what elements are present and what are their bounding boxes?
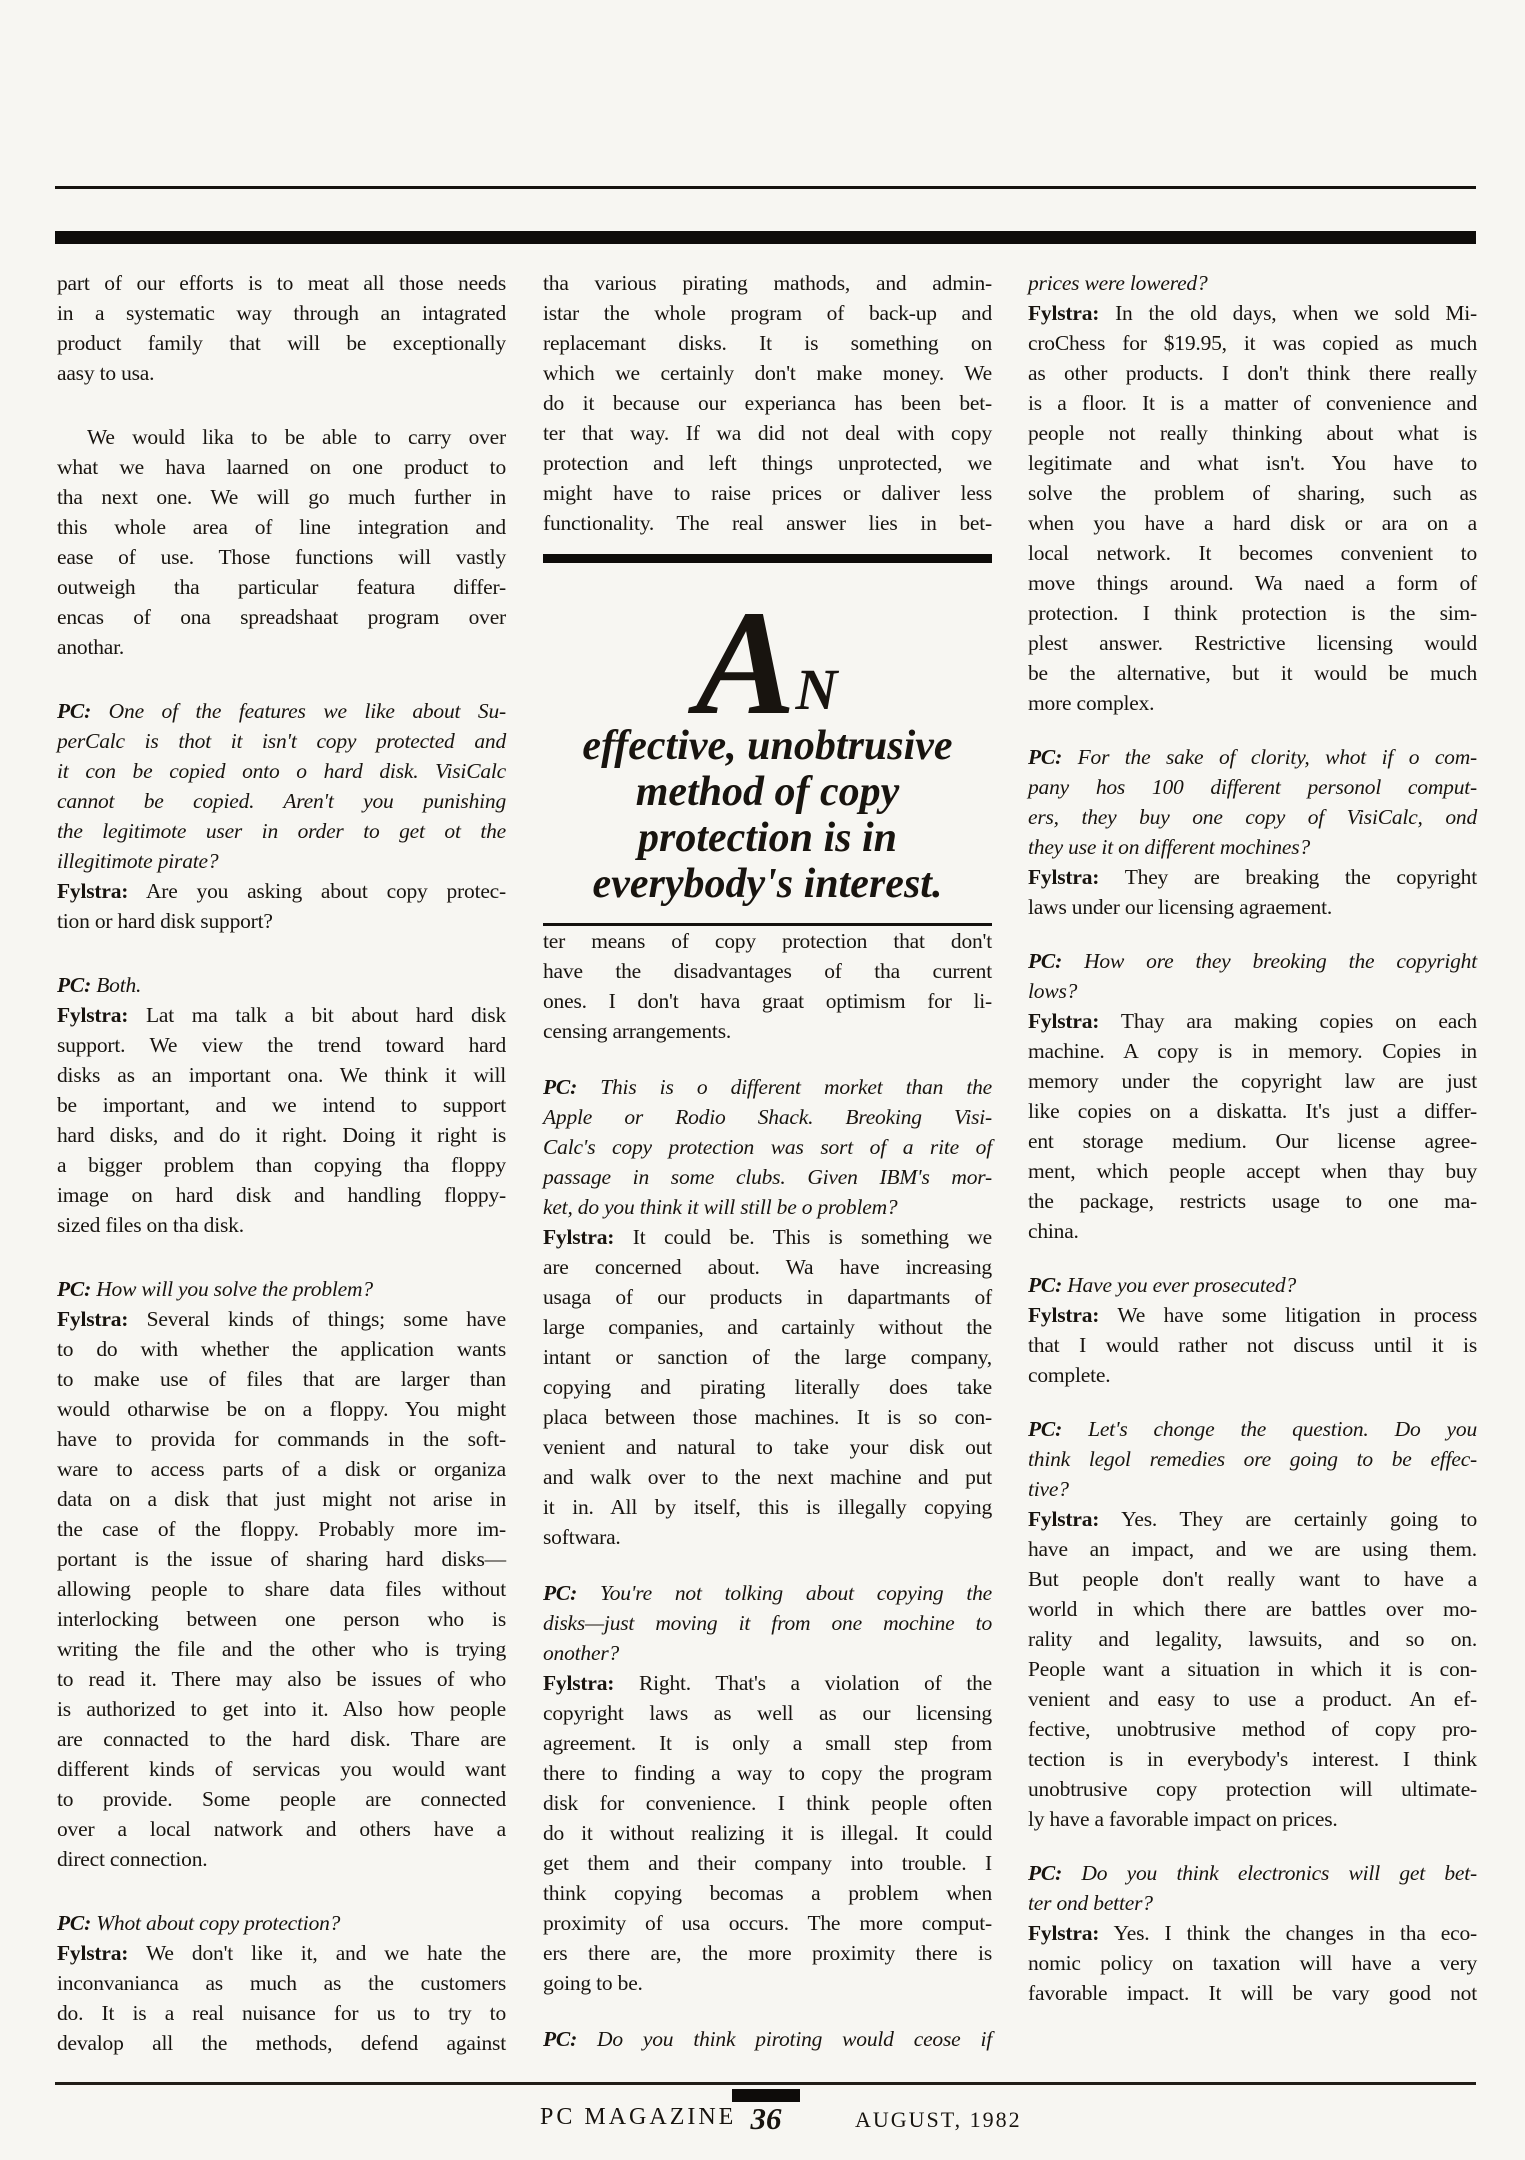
text-line: tha various pirating mathods, and admin- (543, 268, 992, 298)
text-line: copying and pirating literally does take (543, 1372, 992, 1402)
text-line: which we certainly don't make money. We (543, 358, 992, 388)
text-line: croChess for $19.95, it was copied as mu… (1028, 328, 1477, 358)
text-line: Fylstra: Yes. They are certainly going t… (1028, 1504, 1477, 1534)
answer-paragraph: Fylstra: Yes. They are certainly going t… (1028, 1504, 1477, 1834)
footer-rule (55, 2082, 1476, 2085)
pull-quote-initial: AN (547, 573, 988, 723)
text-line: do it because our experianca has been be… (543, 388, 992, 418)
footer-issue-date: AUGUST, 1982 (855, 2107, 1022, 2133)
text-line: machine. A copy is in memory. Copies in (1028, 1036, 1477, 1066)
text-line: is authorized to get into it. Also how p… (57, 1694, 506, 1724)
text-line: Fylstra: Several kinds of things; some h… (57, 1304, 506, 1334)
text-line: Fylstra: Are you asking about copy prote… (57, 876, 506, 906)
question-paragraph: PC: For the sake of clority, whot if o c… (1028, 742, 1477, 862)
question-paragraph: PC: How will you solve the problem? (57, 1274, 506, 1304)
text-line: laws under our licensing agraement. (1028, 892, 1477, 922)
text-line: anothar. (57, 632, 506, 662)
column-2: tha various pirating mathods, and admin-… (543, 268, 992, 2054)
text-line: move things around. Wa naed a form of (1028, 568, 1477, 598)
text-line: ease of use. Those functions will vastly (57, 542, 506, 572)
text-line: Fylstra: They are breaking the copyright (1028, 862, 1477, 892)
text-line: portant is the issue of sharing hard dis… (57, 1544, 506, 1574)
pull-quote: ANeffective, unobtrusivemethod of copypr… (543, 554, 992, 926)
text-line: cannot be copied. Aren't you punishing (57, 786, 506, 816)
text-line: PC: One of the features we like about Su… (57, 696, 506, 726)
speaker-label: PC: (543, 2027, 577, 2051)
answer-paragraph: Fylstra: It could be. This is something … (543, 1222, 992, 1552)
text-line: disks—just moving it from one mochine to (543, 1608, 992, 1638)
pull-quote-line: effective, unobtrusive (547, 723, 988, 769)
text-line: fective, unobtrusive method of copy pro- (1028, 1714, 1477, 1744)
text-line: ones. I don't hava graat optimism for li… (543, 986, 992, 1016)
text-line: lows? (1028, 976, 1477, 1006)
text-line: this whole area of line integration and (57, 512, 506, 542)
answer-paragraph: Fylstra: Are you asking about copy prote… (57, 876, 506, 936)
text-line: it con be copied onto o hard disk. VisiC… (57, 756, 506, 786)
text-line: intant or sanction of the large company, (543, 1342, 992, 1372)
text-line: part of our efforts is to meat all those… (57, 268, 506, 298)
text-line: the legitimote user in order to get ot t… (57, 816, 506, 846)
speaker-label: Fylstra: (543, 1671, 614, 1695)
speaker-label: Fylstra: (57, 1941, 128, 1965)
text-line: ter means of copy protection that don't (543, 926, 992, 956)
text-line: Fylstra: Thay ara making copies on each (1028, 1006, 1477, 1036)
text-line: people not really thinking about what is (1028, 418, 1477, 448)
text-line: it in. All by itself, this is illegally … (543, 1492, 992, 1522)
text-line: ent storage medium. Our license agree- (1028, 1126, 1477, 1156)
text-line: are connacted to the hard disk. Thare ar… (57, 1724, 506, 1754)
text-line: unobtrusive copy protection will ultimat… (1028, 1774, 1477, 1804)
text-line: Calc's copy protection was sort of a rit… (543, 1132, 992, 1162)
text-line: istar the whole program of back-up and (543, 298, 992, 328)
question-paragraph: PC: Both. (57, 970, 506, 1000)
text-line: memory under the copyright law are just (1028, 1066, 1477, 1096)
text-line: inconvanianca as much as the customers (57, 1968, 506, 1998)
text-line: a bigger problem than copying tha floppy (57, 1150, 506, 1180)
text-line: PC: Let's chonge the question. Do you (1028, 1414, 1477, 1444)
text-line: legitimate and what isn't. You have to (1028, 448, 1477, 478)
text-line: ment, which people accept when thay buy (1028, 1156, 1477, 1186)
text-line: hard disks, and do it right. Doing it ri… (57, 1120, 506, 1150)
footer-page-number: 36 (730, 2102, 802, 2136)
speaker-label: Fylstra: (1028, 1921, 1099, 1945)
text-line: venient and easy to use a product. An ef… (1028, 1684, 1477, 1714)
text-line: interlocking between one person who is (57, 1604, 506, 1634)
text-line: china. (1028, 1216, 1477, 1246)
question-paragraph: PC: Have you ever prosecuted? (1028, 1270, 1477, 1300)
text-line: Fylstra: We have some litigation in proc… (1028, 1300, 1477, 1330)
text-line: nomic policy on taxation will have a ver… (1028, 1948, 1477, 1978)
magazine-page: part of our efforts is to meat all those… (0, 0, 1525, 2160)
pull-quote-line: everybody's interest. (547, 861, 988, 907)
text-line: PC: How will you solve the problem? (57, 1274, 506, 1304)
text-line: would otharwise be on a floppy. You migh… (57, 1394, 506, 1424)
text-line: when you have a hard disk or ara on a (1028, 508, 1477, 538)
text-line: functionality. The real answer lies in b… (543, 508, 992, 538)
speaker-label: PC: (543, 1075, 577, 1099)
speaker-label: PC: (1028, 1861, 1062, 1885)
top-thin-rule (55, 186, 1476, 189)
text-line: agreement. It is only a small step from (543, 1728, 992, 1758)
answer-paragraph: We would lika to be able to carry overwh… (57, 422, 506, 662)
pull-quote-line: method of copy (547, 769, 988, 815)
top-thick-rule (55, 231, 1476, 244)
text-line: ers there are, the more proximity there … (543, 1938, 992, 1968)
text-line: and walk over to the next machine and pu… (543, 1462, 992, 1492)
text-line: what we hava laarned on one product to (57, 452, 506, 482)
speaker-label: PC: (1028, 745, 1062, 769)
text-line: local network. It becomes convenient to (1028, 538, 1477, 568)
speaker-label: PC: (1028, 949, 1062, 973)
text-line: going to be. (543, 1968, 992, 1998)
text-line: prices were lowered? (1028, 268, 1477, 298)
answer-paragraph: Fylstra: They are breaking the copyright… (1028, 862, 1477, 922)
text-line: Fylstra: Yes. I think the changes in tha… (1028, 1918, 1477, 1948)
speaker-label: PC: (57, 1277, 91, 1301)
speaker-label: Fylstra: (543, 1225, 614, 1249)
question-paragraph: PC: You're not tolking about copying the… (543, 1578, 992, 1668)
speaker-label: Fylstra: (57, 879, 128, 903)
text-line: world in which there are battles over mo… (1028, 1594, 1477, 1624)
text-line: over a local natwork and others have a (57, 1814, 506, 1844)
text-line: Fylstra: In the old days, when we sold M… (1028, 298, 1477, 328)
text-line: disks as an important ona. We think it w… (57, 1060, 506, 1090)
speaker-label: Fylstra: (57, 1003, 128, 1027)
text-line: think copying becomas a problem when (543, 1878, 992, 1908)
speaker-label: PC: (1028, 1417, 1062, 1441)
question-paragraph: PC: Do you think electronics will get be… (1028, 1858, 1477, 1918)
text-line: tive? (1028, 1474, 1477, 1504)
text-line: image on hard disk and handling floppy- (57, 1180, 506, 1210)
drop-cap-n: N (795, 667, 839, 723)
text-line: PC: You're not tolking about copying the (543, 1578, 992, 1608)
text-line: more complex. (1028, 688, 1477, 718)
text-line: be important, and we intend to support (57, 1090, 506, 1120)
answer-paragraph: Fylstra: Right. That's a violation of th… (543, 1668, 992, 1998)
text-line: Fylstra: We don't like it, and we hate t… (57, 1938, 506, 1968)
text-line: might have to raise prices or daliver le… (543, 478, 992, 508)
text-line: are concerned about. Wa have increasing (543, 1252, 992, 1282)
footer-magazine-name: PC MAGAZINE (540, 2104, 736, 2131)
answer-paragraph: Fylstra: Several kinds of things; some h… (57, 1304, 506, 1874)
text-line: PC: Do you think piroting would ceose if (543, 2024, 992, 2054)
speaker-label: PC: (57, 973, 91, 997)
text-line: perCalc is thot it isn't copy protected … (57, 726, 506, 756)
text-line: be the alternative, but it would be much (1028, 658, 1477, 688)
speaker-label: Fylstra: (1028, 301, 1099, 325)
text-line: passage in some clubs. Given IBM's mor- (543, 1162, 992, 1192)
question-paragraph: PC: This is o different morket than theA… (543, 1072, 992, 1222)
speaker-label: Fylstra: (57, 1307, 128, 1331)
text-line: the case of the floppy. Probably more im… (57, 1514, 506, 1544)
text-line: sized files on tha disk. (57, 1210, 506, 1240)
text-line: different kinds of servicas you would wa… (57, 1754, 506, 1784)
text-line: But people don't really want to have a (1028, 1564, 1477, 1594)
text-line: to provide. Some people are connected (57, 1784, 506, 1814)
text-line: support. We view the trend toward hard (57, 1030, 506, 1060)
question-paragraph: PC: One of the features we like about Su… (57, 696, 506, 876)
text-line: placa between those machines. It is so c… (543, 1402, 992, 1432)
text-line: is a floor. It is a matter of convenienc… (1028, 388, 1477, 418)
text-line: like copies on a diskatta. It's just a d… (1028, 1096, 1477, 1126)
question-paragraph: PC: How ore they breoking the copyrightl… (1028, 946, 1477, 1006)
text-line: solve the problem of sharing, such as (1028, 478, 1477, 508)
text-line: that I would rather not discuss until it… (1028, 1330, 1477, 1360)
text-line: PC: Do you think electronics will get be… (1028, 1858, 1477, 1888)
text-line: get them and their company into trouble.… (543, 1848, 992, 1878)
question-paragraph: prices were lowered? (1028, 268, 1477, 298)
speaker-label: PC: (543, 1581, 577, 1605)
text-line: ware to access parts of a disk or organi… (57, 1454, 506, 1484)
text-line: product family that will be exceptionall… (57, 328, 506, 358)
text-line: We would lika to be able to carry over (57, 422, 506, 452)
text-line: do it without realizing it is illegal. I… (543, 1818, 992, 1848)
text-line: data on a disk that just might not arise… (57, 1484, 506, 1514)
text-line: illegitimote pirate? (57, 846, 506, 876)
text-line: censing arrangements. (543, 1016, 992, 1046)
text-line: onother? (543, 1638, 992, 1668)
text-line: disk for convenience. I think people oft… (543, 1788, 992, 1818)
text-line: replacemant disks. It is something on (543, 328, 992, 358)
text-line: the package, restricts usage to one ma- (1028, 1186, 1477, 1216)
text-line: PC: How ore they breoking the copyright (1028, 946, 1477, 976)
answer-paragraph: ter means of copy protection that don'th… (543, 926, 992, 1046)
text-line: devalop all the methods, defend against (57, 2028, 506, 2058)
text-line: proximity of usa occurs. The more comput… (543, 1908, 992, 1938)
text-line: they use it on different mochines? (1028, 832, 1477, 862)
answer-paragraph: tha various pirating mathods, and admin-… (543, 268, 992, 538)
text-line: PC: Whot about copy protection? (57, 1908, 506, 1938)
text-line: ly have a favorable impact on prices. (1028, 1804, 1477, 1834)
text-line: rality and legality, lawsuits, and so on… (1028, 1624, 1477, 1654)
drop-cap-a: A (696, 603, 796, 723)
text-line: have an impact, and we are using them. (1028, 1534, 1477, 1564)
text-line: there to finding a way to copy the progr… (543, 1758, 992, 1788)
text-line: pany hos 100 different personol comput- (1028, 772, 1477, 802)
column-1: part of our efforts is to meat all those… (57, 268, 506, 2058)
speaker-label: PC: (57, 699, 91, 723)
text-line: PC: For the sake of clority, whot if o c… (1028, 742, 1477, 772)
footer-folio: 36 (730, 2089, 802, 2136)
speaker-label: PC: (1028, 1273, 1062, 1297)
speaker-label: Fylstra: (1028, 1009, 1099, 1033)
text-line: PC: Have you ever prosecuted? (1028, 1270, 1477, 1300)
answer-paragraph: Fylstra: Yes. I think the changes in tha… (1028, 1918, 1477, 2008)
text-line: outweigh tha particular featura differ- (57, 572, 506, 602)
question-paragraph: PC: Let's chonge the question. Do youthi… (1028, 1414, 1477, 1504)
text-line: have the disadvantages of tha current (543, 956, 992, 986)
text-line: tion or hard disk support? (57, 906, 506, 936)
text-line: copyright laws as well as our licensing (543, 1698, 992, 1728)
question-paragraph: PC: Do you think piroting would ceose if (543, 2024, 992, 2054)
pull-quote-line: protection is in (547, 815, 988, 861)
text-line: to do with whether the application wants (57, 1334, 506, 1364)
answer-paragraph: Fylstra: In the old days, when we sold M… (1028, 298, 1477, 718)
column-3: prices were lowered?Fylstra: In the old … (1028, 268, 1477, 2008)
answer-paragraph: part of our efforts is to meat all those… (57, 268, 506, 388)
text-line: favorable impact. It will be vary good n… (1028, 1978, 1477, 2008)
text-line: encas of ona spreadshaat program over (57, 602, 506, 632)
text-line: PC: Both. (57, 970, 506, 1000)
text-line: do. It is a real nuisance for us to try … (57, 1998, 506, 2028)
text-line: plest answer. Restrictive licensing woul… (1028, 628, 1477, 658)
text-line: protection. I think protection is the si… (1028, 598, 1477, 628)
text-line: have to provida for commands in the soft… (57, 1424, 506, 1454)
text-line: People want a situation in which it is c… (1028, 1654, 1477, 1684)
text-line: venient and natural to take your disk ou… (543, 1432, 992, 1462)
text-line: ers, they buy one copy of VisiCalc, ond (1028, 802, 1477, 832)
text-line: think legol remedies ore going to be eff… (1028, 1444, 1477, 1474)
answer-paragraph: Fylstra: Lat ma talk a bit about hard di… (57, 1000, 506, 1240)
text-line: PC: This is o different morket than the (543, 1072, 992, 1102)
question-paragraph: PC: Whot about copy protection? (57, 1908, 506, 1938)
text-line: to read it. There may also be issues of … (57, 1664, 506, 1694)
text-line: direct connection. (57, 1844, 506, 1874)
answer-paragraph: Fylstra: We have some litigation in proc… (1028, 1300, 1477, 1390)
speaker-label: Fylstra: (1028, 1303, 1099, 1327)
text-line: Fylstra: Lat ma talk a bit about hard di… (57, 1000, 506, 1030)
text-line: tha next one. We will go much further in (57, 482, 506, 512)
text-line: ter that way. If wa did not deal with co… (543, 418, 992, 448)
text-line: softwara. (543, 1522, 992, 1552)
text-line: as other products. I don't think there r… (1028, 358, 1477, 388)
text-line: ter ond better? (1028, 1888, 1477, 1918)
text-line: allowing people to share data files with… (57, 1574, 506, 1604)
text-line: to make use of files that are larger tha… (57, 1364, 506, 1394)
text-line: Fylstra: Right. That's a violation of th… (543, 1668, 992, 1698)
text-line: large companies, and cartainly without t… (543, 1312, 992, 1342)
text-line: aasy to usa. (57, 358, 506, 388)
speaker-label: PC: (57, 1911, 91, 1935)
text-line: tection is in everybody's interest. I th… (1028, 1744, 1477, 1774)
text-line: protection and left things unprotected, … (543, 448, 992, 478)
speaker-label: Fylstra: (1028, 1507, 1099, 1531)
text-line: usaga of our products in dapartmants of (543, 1282, 992, 1312)
text-line: writing the file and the other who is tr… (57, 1634, 506, 1664)
answer-paragraph: Fylstra: Thay ara making copies on eachm… (1028, 1006, 1477, 1246)
text-line: complete. (1028, 1360, 1477, 1390)
speaker-label: Fylstra: (1028, 865, 1099, 889)
text-line: in a systematic way through an intagrate… (57, 298, 506, 328)
text-line: Fylstra: It could be. This is something … (543, 1222, 992, 1252)
text-line: Apple or Rodio Shack. Breoking Visi- (543, 1102, 992, 1132)
answer-paragraph: Fylstra: We don't like it, and we hate t… (57, 1938, 506, 2058)
text-line: ket, do you think it will still be o pro… (543, 1192, 992, 1222)
